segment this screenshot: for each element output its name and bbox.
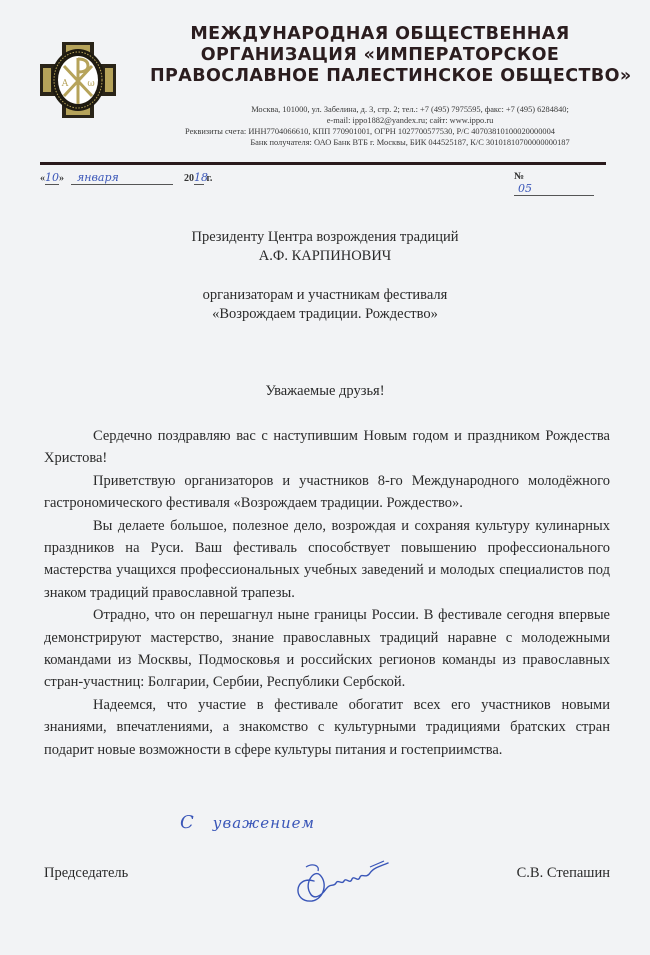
date-year: 2018 г. bbox=[184, 171, 212, 185]
paragraph: Сердечно поздравляю вас с наступившим Но… bbox=[44, 425, 610, 470]
salutation: Уважаемые друзья! bbox=[0, 383, 650, 400]
letterhead-divider bbox=[40, 162, 606, 165]
signer-name: С.В. Степашин bbox=[517, 865, 610, 882]
signer-position: Председатель bbox=[44, 865, 128, 882]
paragraph: Отрадно, что он перешагнул ныне границы … bbox=[44, 604, 610, 694]
addressee-group: организаторам и участникам фестиваля bbox=[150, 286, 500, 305]
letter-body: Сердечно поздравляю вас с наступившим Но… bbox=[44, 425, 610, 761]
handwritten-signature-icon bbox=[284, 853, 424, 913]
addressee-block: Президенту Центра возрождения традиций А… bbox=[150, 228, 500, 324]
date-month-value: января bbox=[71, 171, 173, 185]
address-line: Москва, 101000, ул. Забелина, д. 3, стр.… bbox=[110, 104, 630, 115]
contact-details: Москва, 101000, ул. Забелина, д. 3, стр.… bbox=[110, 104, 630, 148]
account-details-line: Реквизиты счета: ИНН7704066610, КПП 7709… bbox=[110, 126, 630, 137]
svg-text:Α: Α bbox=[61, 79, 69, 89]
bank-details-line: Банк получателя: ОАО Банк ВТБ г. Москвы,… bbox=[110, 137, 630, 148]
date-day-value: 10 bbox=[45, 171, 59, 185]
document-number: № 05 bbox=[514, 171, 606, 196]
org-name-line: организация «Императорское bbox=[150, 45, 610, 66]
festival-name: «Возрождаем традиции. Рождество» bbox=[150, 305, 500, 324]
addressee-name: А.Ф. КАРПИНОВИЧ bbox=[150, 247, 500, 266]
handwritten-closing: Суважением bbox=[180, 812, 315, 833]
chi-rho-cross-emblem-icon: Α ω bbox=[40, 42, 116, 118]
date-month: января bbox=[71, 171, 173, 185]
date-day: «10» bbox=[40, 171, 64, 185]
date-year-value: 18 bbox=[194, 171, 204, 185]
signature-block: Председатель С.В. Степашин bbox=[44, 865, 610, 915]
document-number-value: 05 bbox=[514, 182, 594, 196]
paragraph: Приветствую организаторов и участников 8… bbox=[44, 470, 610, 515]
svg-text:ω: ω bbox=[87, 79, 94, 89]
date-number-row: «10» января 2018 г. № 05 bbox=[40, 171, 606, 189]
org-name-line: Международная общественная bbox=[150, 24, 610, 45]
letter-page: Α ω Международная общественная организац… bbox=[0, 0, 650, 955]
org-name-line: православное палестинское общество» bbox=[150, 66, 610, 87]
organization-name: Международная общественная организация «… bbox=[150, 24, 610, 87]
paragraph: Вы делаете большое, полезное дело, возро… bbox=[44, 515, 610, 605]
email-site-line: e-mail: ippo1882@yandex.ru; сайт: www.ip… bbox=[110, 115, 630, 126]
addressee-title: Президенту Центра возрождения традиций bbox=[150, 228, 500, 247]
paragraph: Надеемся, что участие в фестивале обогат… bbox=[44, 694, 610, 761]
